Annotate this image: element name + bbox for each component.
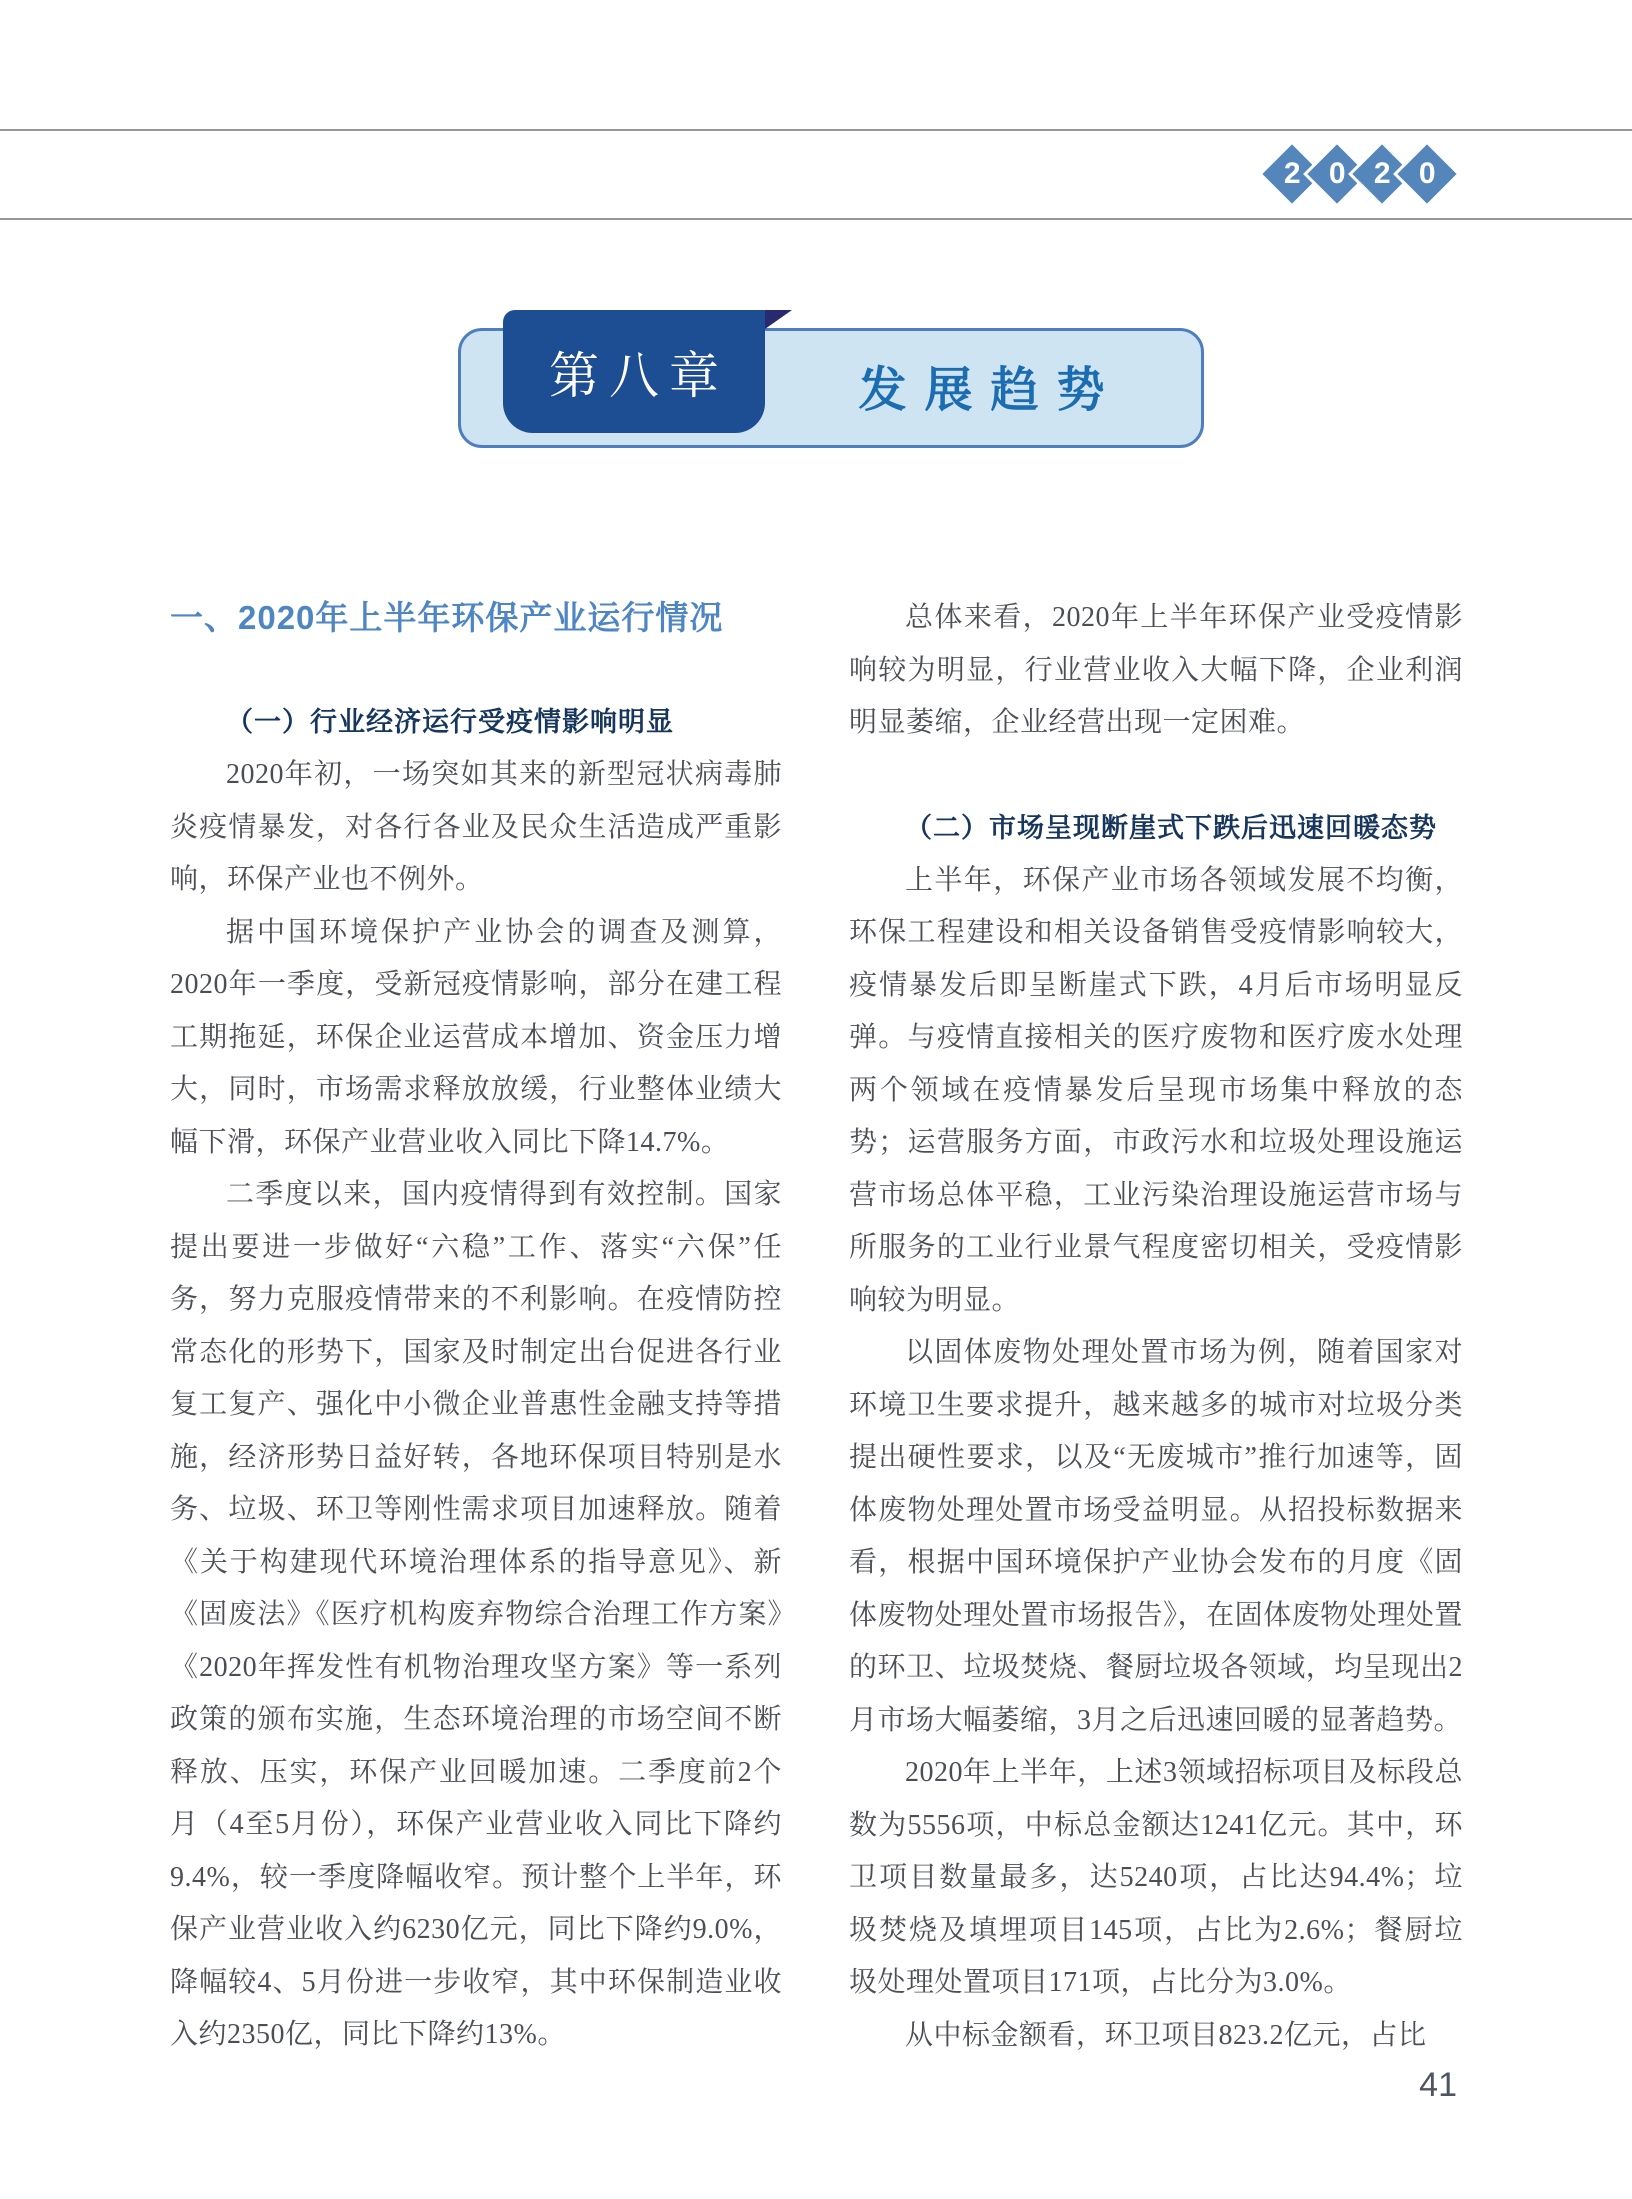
ribbon-fold-icon — [765, 310, 792, 329]
paragraph: 二季度以来，国内疫情得到有效控制。国家提出要进一步做好“六稳”工作、落实“六保”… — [170, 1169, 782, 2062]
chapter-title: 发展趋势 — [765, 328, 1198, 442]
badge-digit: 2 — [1284, 157, 1301, 191]
badge-digit: 2 — [1374, 157, 1391, 191]
paragraph: 2020年初，一场突如其来的新型冠状病毒肺炎疫情暴发，对各行各业及民众生活造成严… — [170, 749, 782, 907]
paragraph: 上半年，环保产业市场各领域发展不均衡，环保工程建设和相关设备销售受疫情影响较大，… — [849, 855, 1463, 1328]
badge-digit: 0 — [1329, 157, 1346, 191]
chapter-number-label: 第八章 — [539, 336, 729, 408]
paragraph: 2020年上半年，上述3领域招标项目及标段总数为5556项，中标总金额达1241… — [849, 1747, 1463, 2010]
badge-digit: 0 — [1419, 157, 1436, 191]
report-page: 2 0 2 0 第八章 发展趋势 一、2020年上半年环保产业运行情况 （一）行… — [0, 0, 1632, 2199]
chapter-number-box: 第八章 — [503, 310, 765, 433]
paragraph: 据中国环境保护产业协会的调查及测算，2020年一季度，受新冠疫情影响，部分在建工… — [170, 907, 782, 1170]
page-number: 41 — [1419, 2066, 1457, 2105]
section-heading: 一、2020年上半年环保产业运行情况 — [170, 592, 782, 644]
paragraph: 以固体废物处理处置市场为例，随着国家对环境卫生要求提升，越来越多的城市对垃圾分类… — [849, 1327, 1463, 1747]
paragraph: 总体来看，2020年上半年环保产业受疫情影响较为明显，行业营业收入大幅下降，企业… — [849, 592, 1463, 750]
header-rule-top — [0, 129, 1632, 131]
diamond-icon: 0 — [1397, 144, 1456, 203]
right-column: 总体来看，2020年上半年环保产业受疫情影响较为明显，行业营业收入大幅下降，企业… — [849, 592, 1463, 2062]
paragraph: 从中标金额看，环卫项目823.2亿元，占比 — [849, 2010, 1463, 2063]
year-2020-badge: 2 0 2 0 — [1271, 153, 1448, 195]
sub-heading-1: （一）行业经济运行受疫情影响明显 — [170, 696, 782, 749]
header-rule-bottom — [0, 218, 1632, 220]
sub-heading-2: （二）市场呈现断崖式下跌后迅速回暖态势 — [849, 802, 1463, 855]
left-column: 一、2020年上半年环保产业运行情况 （一）行业经济运行受疫情影响明显 2020… — [170, 592, 782, 2062]
